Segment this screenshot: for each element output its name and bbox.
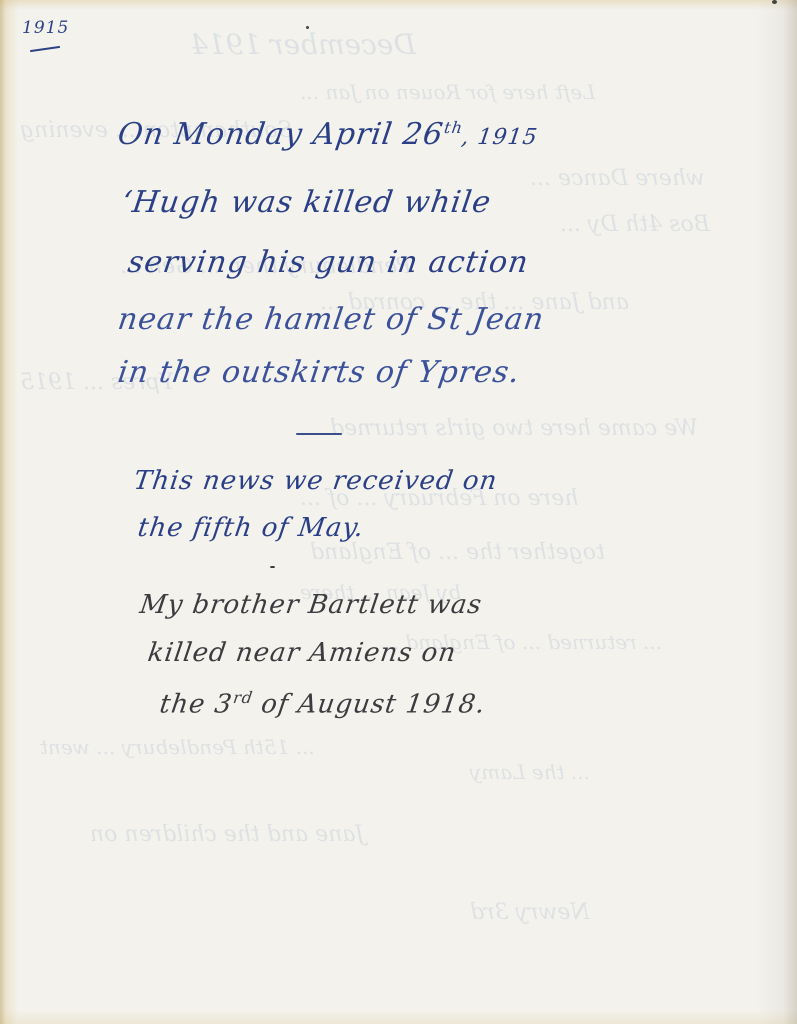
entry-text: ‘Hugh was killed while xyxy=(120,185,494,220)
entry-year: , 1915 xyxy=(460,125,539,150)
bleed-through-text: December 1914 xyxy=(190,28,416,61)
entry-text: of August 1918. xyxy=(250,690,487,720)
entry-line: This news we received on xyxy=(132,468,499,494)
entry-text: serving his gun in action xyxy=(126,245,531,280)
entry-line: ‘Hugh was killed while xyxy=(120,188,493,218)
journal-page: December 1914 Left here for Rouen on Jan… xyxy=(0,0,797,1024)
bleed-through-text: ... 15th Pendlebury ... went xyxy=(40,735,315,759)
entry-text: the 3 xyxy=(158,690,235,720)
bleed-through-text: Jane and the children on xyxy=(90,822,364,847)
bleed-through-text: ... the Lamy xyxy=(470,760,590,784)
entry-line: My brother Bartlett was xyxy=(138,592,484,618)
bleed-through-text: Bos 4th Dy ... xyxy=(560,212,710,237)
ink-speck xyxy=(306,26,309,29)
entry-text: in the outskirts of Ypres. xyxy=(116,355,523,390)
entry-line: in the outskirts of Ypres. xyxy=(116,358,522,388)
entry-line: serving his gun in action xyxy=(126,248,531,278)
entry-text: On Monday April 26 xyxy=(116,117,446,152)
entry-text: My brother Bartlett was xyxy=(138,590,484,620)
entry-line: On Monday April 26th, 1915 xyxy=(116,120,540,150)
entry-line: killed near Amiens on xyxy=(146,640,458,666)
entry-text: This news we received on xyxy=(132,466,500,496)
section-divider xyxy=(296,433,342,435)
corner-year: 1915 xyxy=(22,18,69,38)
bleed-through-text: We came here two girls returned xyxy=(330,416,698,441)
entry-line: the 3rd of August 1918. xyxy=(158,690,487,718)
bleed-through-text: where Dance ... xyxy=(530,166,705,191)
bleed-through-text: together the ... of England xyxy=(310,540,605,565)
bleed-through-text: Left here for Rouen on Jan ... xyxy=(300,80,595,104)
ink-speck xyxy=(772,0,777,4)
ink-speck xyxy=(270,566,275,568)
entry-line: the fifth of May. xyxy=(136,515,366,541)
entry-line: near the hamlet of St Jean xyxy=(116,305,546,335)
entry-text: killed near Amiens on xyxy=(146,638,458,668)
entry-text: near the hamlet of St Jean xyxy=(116,302,547,337)
corner-year-underline xyxy=(30,46,60,52)
bleed-through-text: Newry 3rd xyxy=(470,900,590,925)
entry-text: the fifth of May. xyxy=(136,513,366,543)
